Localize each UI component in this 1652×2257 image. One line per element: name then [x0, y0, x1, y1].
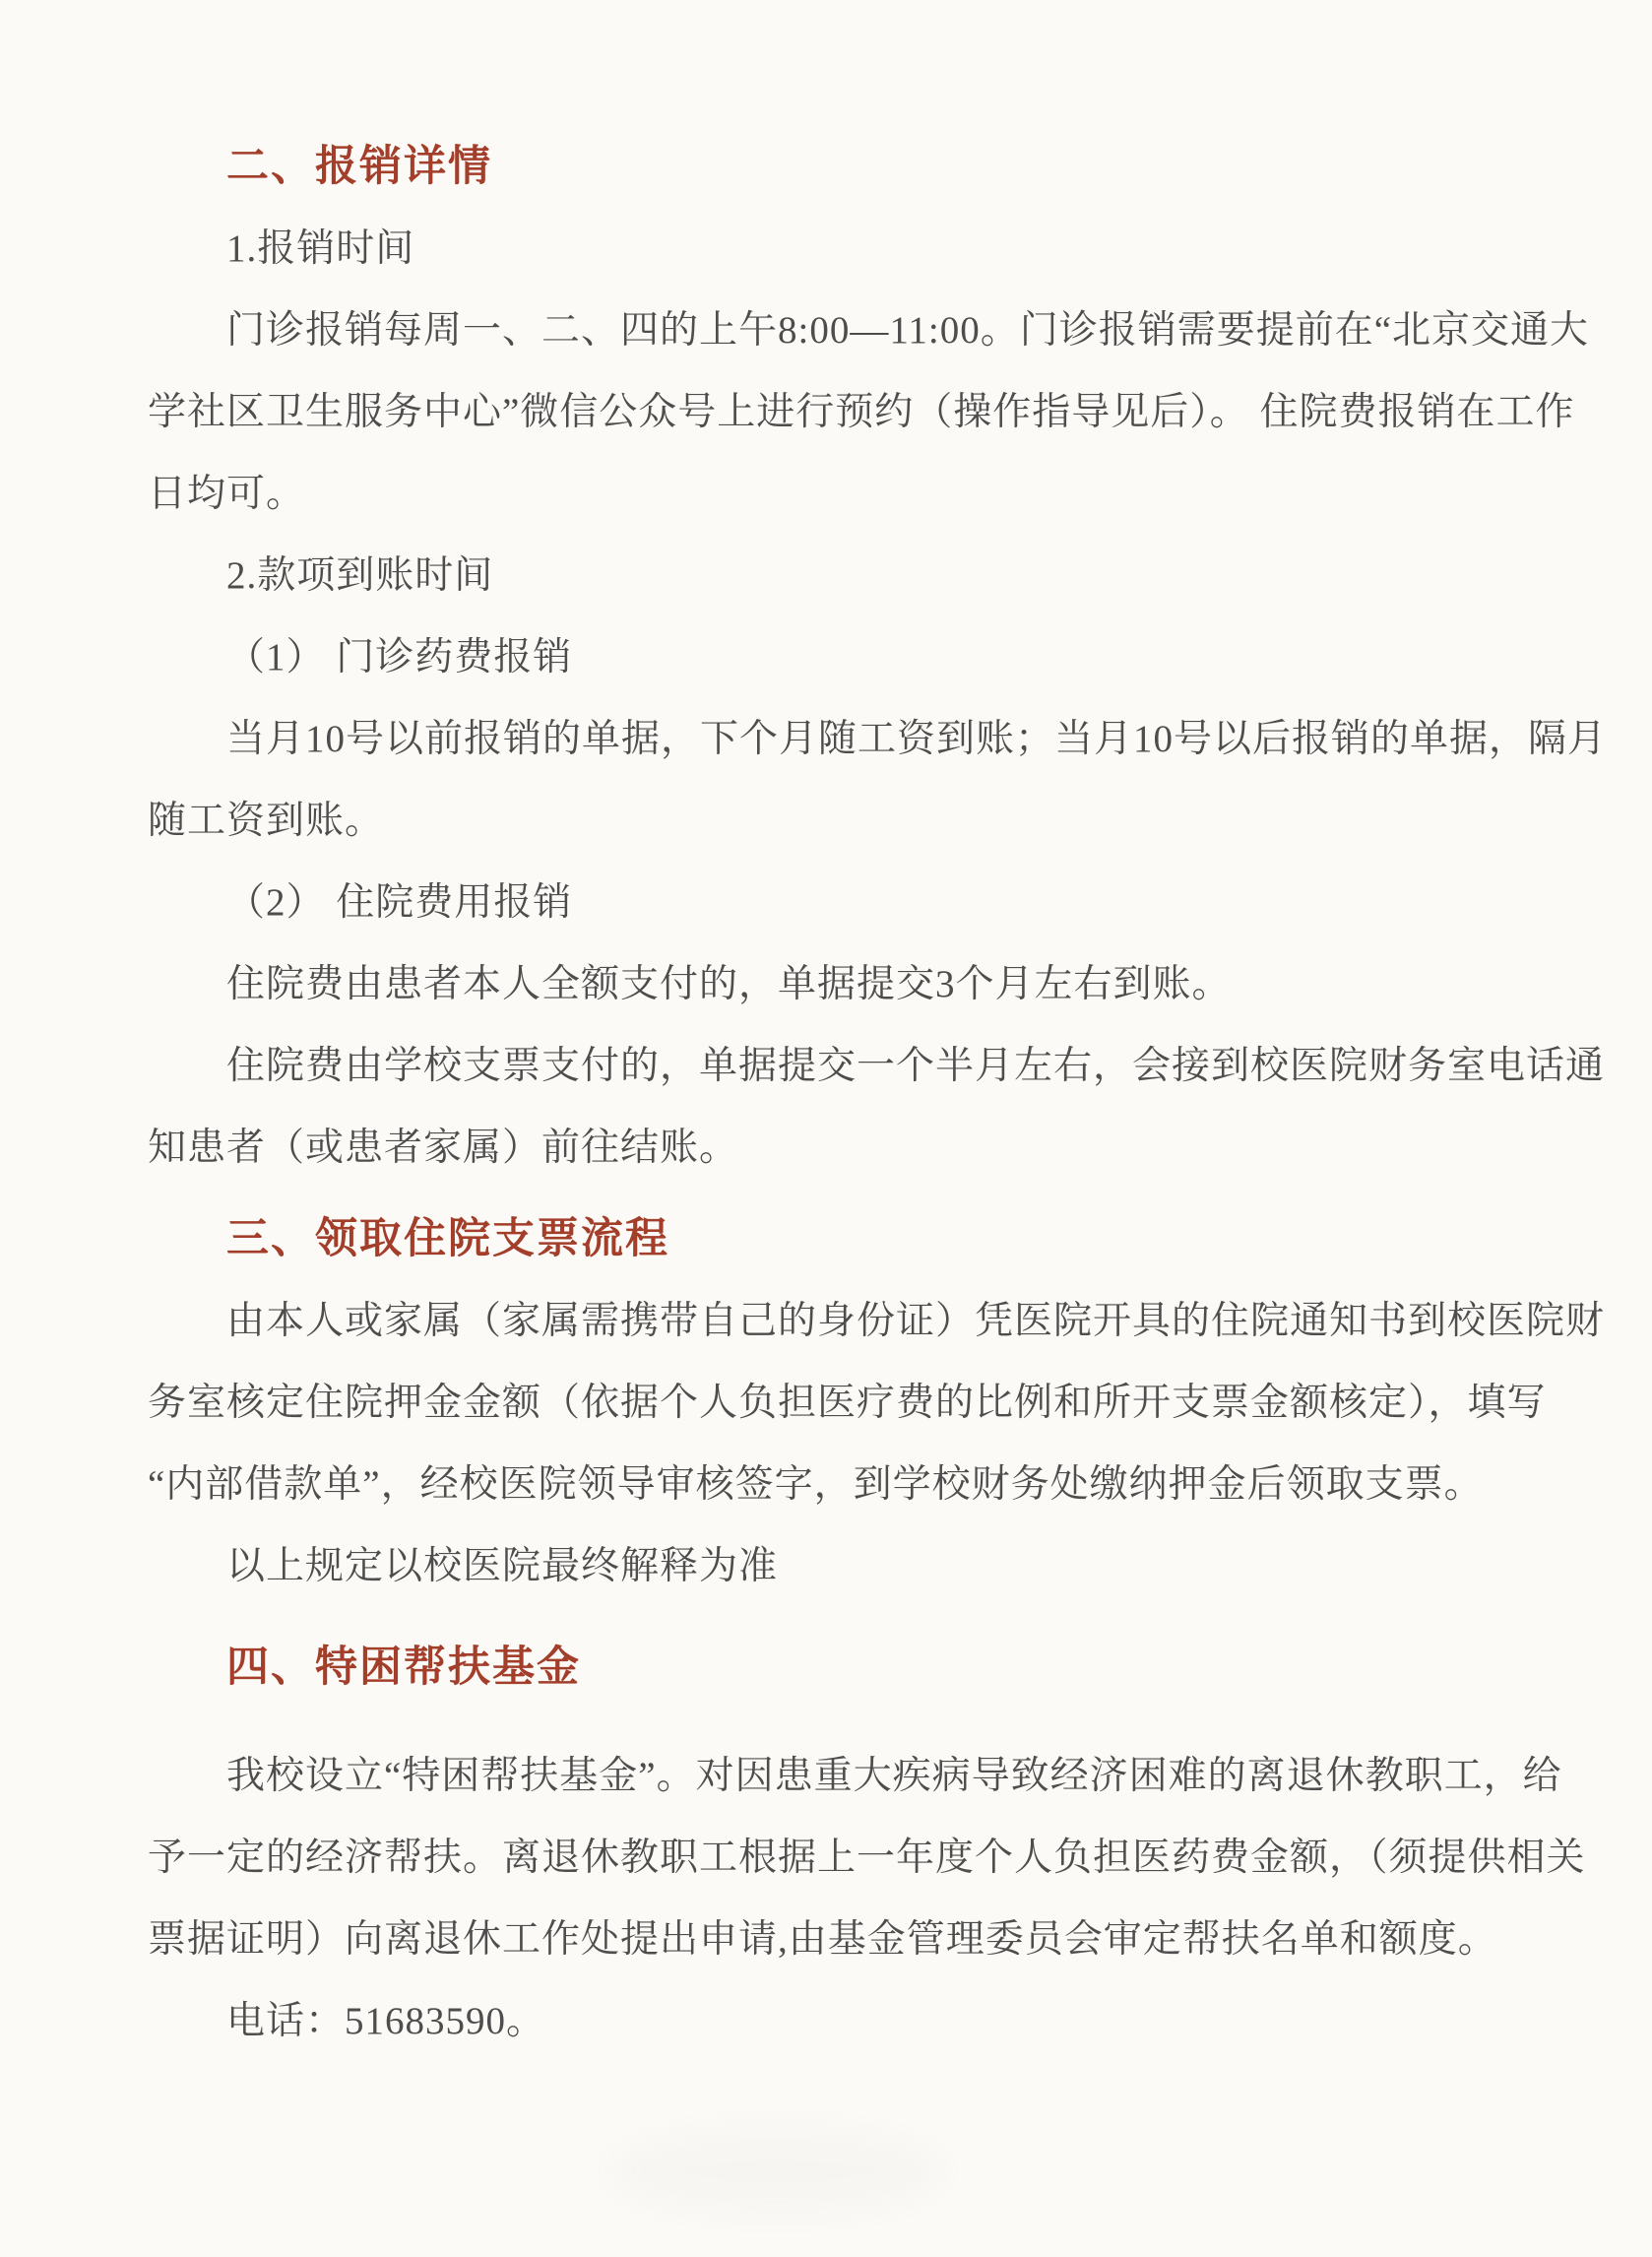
text-line: （1） 门诊药费报销	[148, 616, 1528, 698]
text-line: 予一定的经济帮扶。离退休教职工根据上一年度个人负担医药费金额，（须提供相关	[148, 1817, 1528, 1899]
document-page: 二、报销详情 1.报销时间 门诊报销每周一、二、四的上午8:00—11:00。门…	[0, 0, 1652, 2257]
section-title-check-collection-process: 三、领取住院支票流程	[148, 1198, 1528, 1280]
scan-bleed-through-smudge	[610, 2127, 945, 2216]
phone-number-line: 电话：51683590。	[148, 1980, 1528, 2062]
section-hardship-assistance-fund: 四、特困帮扶基金 我校设立“特困帮扶基金”。对因患重大疾病导致经济困难的离退休教…	[148, 1627, 1528, 2062]
text-line: 住院费由学校支票支付的，单据提交一个半月左右，会接到校医院财务室电话通	[148, 1025, 1528, 1107]
text-line: 我校设立“特困帮扶基金”。对因患重大疾病导致经济困难的离退休教职工，给	[148, 1735, 1528, 1817]
text-line: 当月10号以前报销的单据，下个月随工资到账；当月10号以后报销的单据，隔月	[148, 698, 1528, 780]
text-line: “内部借款单”，经校医院领导审核签字，到学校财务处缴纳押金后领取支票。	[148, 1444, 1528, 1525]
text-line: 1.报销时间	[148, 208, 1528, 290]
section-check-collection-process: 三、领取住院支票流程 由本人或家属（家属需携带自己的身份证）凭医院开具的住院通知…	[148, 1198, 1528, 1607]
text-line: 务室核定住院押金金额（依据个人负担医疗费的比例和所开支票金额核定），填写	[148, 1362, 1528, 1444]
section-baoxiao-details: 二、报销详情 1.报销时间 门诊报销每周一、二、四的上午8:00—11:00。门…	[148, 126, 1528, 1189]
text-line: 票据证明）向离退休工作处提出申请,由基金管理委员会审定帮扶名单和额度。	[148, 1899, 1528, 1980]
section-title-hardship-assistance-fund: 四、特困帮扶基金	[148, 1627, 1528, 1709]
text-line: 由本人或家属（家属需携带自己的身份证）凭医院开具的住院通知书到校医院财	[148, 1280, 1528, 1362]
text-line: 学社区卫生服务中心”微信公众号上进行预约（操作指导见后）。 住院费报销在工作	[148, 371, 1528, 453]
text-line: 以上规定以校医院最终解释为准	[148, 1525, 1528, 1607]
text-line: 2.款项到账时间	[148, 535, 1528, 616]
text-line: （2） 住院费用报销	[148, 862, 1528, 943]
text-line: 知患者（或患者家属）前往结账。	[148, 1107, 1528, 1189]
text-line: 日均可。	[148, 453, 1528, 535]
text-line: 住院费由患者本人全额支付的，单据提交3个月左右到账。	[148, 943, 1528, 1025]
text-line: 门诊报销每周一、二、四的上午8:00—11:00。门诊报销需要提前在“北京交通大	[148, 290, 1528, 371]
text-line: 随工资到账。	[148, 780, 1528, 862]
section-title-baoxiao-details: 二、报销详情	[148, 126, 1528, 208]
document-content: 二、报销详情 1.报销时间 门诊报销每周一、二、四的上午8:00—11:00。门…	[148, 126, 1528, 2062]
